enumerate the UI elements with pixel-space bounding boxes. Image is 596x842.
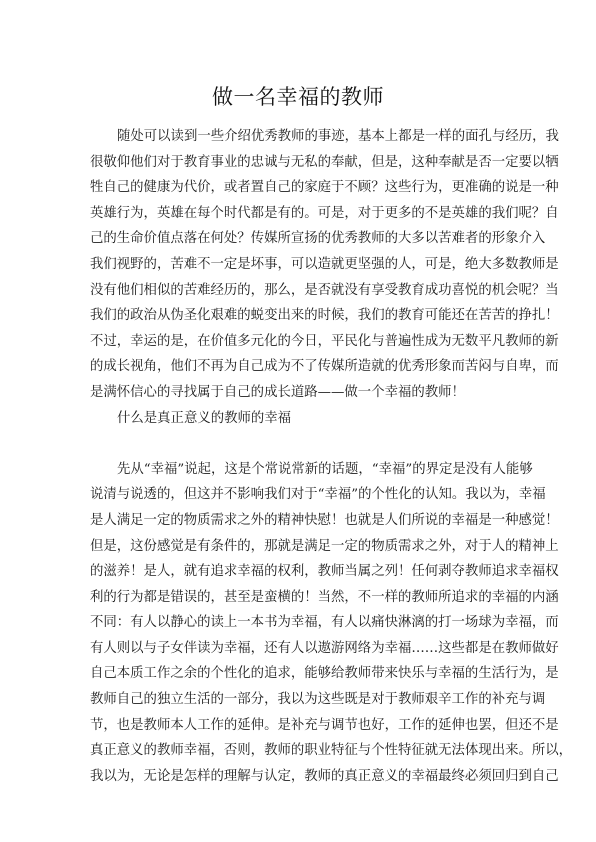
text-line: 随处可以读到一些介绍优秀教师的事迹，基本上都是一样的面孔与经历，我 (90, 124, 508, 150)
text-line: 己的生命价值点落在何处？传媒所宣扬的优秀教师的大多以苦难者的形象介入 (90, 226, 508, 252)
text-line: 我们视野的，苦难不一定是坏事，可以造就更坚强的人，可是，绝大多数教师是 (90, 252, 508, 278)
section-subheading: 什么是真正意义的教师的幸福 (90, 406, 508, 432)
text-line: 利的行为都是错误的，甚至是蛮横的！当然，不一样的教师所追求的幸福的内涵 (90, 585, 508, 611)
blank-line (90, 431, 508, 457)
text-line: 先从“幸福”说起，这是个常说常新的话题，“幸福”的界定是没有人能够 (90, 457, 508, 483)
text-line: 是满怀信心的寻找属于自己的成长道路——做一个幸福的教师！ (90, 380, 508, 406)
text-line: 我们的政治从伪圣化艰难的蜕变出来的时候，我们的教育可能还在苦苦的挣扎！ (90, 303, 508, 329)
text-line: 牲自己的健康为代价，或者置自己的家庭于不顾？这些行为，更准确的说是一种 (90, 175, 508, 201)
text-line: 教师自己的独立生活的一部分，我以为这些既是对于教师艰辛工作的补充与调 (90, 687, 508, 713)
text-line: 有人则以与子女伴读为幸福，还有人以遨游网络为幸福……这些都是在教师做好 (90, 636, 508, 662)
text-line: 英雄行为，英雄在每个时代都是有的。可是，对于更多的不是英雄的我们呢？自 (90, 201, 508, 227)
text-line: 自己本质工作之余的个性化的追求，能够给教师带来快乐与幸福的生活行为，是 (90, 661, 508, 687)
text-line: 说清与说透的，但这并不影响我们对于“幸福”的个性化的认知。我以为，幸福 (90, 482, 508, 508)
text-line: 我以为，无论是怎样的理解与认定，教师的真正意义的幸福最终必须回归到自己 (90, 764, 508, 790)
text-line: 节，也是教师本人工作的延伸。是补充与调节也好，工作的延伸也罢，但还不是 (90, 713, 508, 739)
text-line: 不同：有人以静心的读上一本书为幸福，有人以痛快淋漓的打一场球为幸福，而 (90, 610, 508, 636)
text-line: 但是，这份感觉是有条件的，那就是满足一定的物质需求之外，对于人的精神上 (90, 534, 508, 560)
document-title: 做一名幸福的教师 (0, 82, 596, 112)
text-line: 真正意义的教师幸福，否则，教师的职业特征与个性特征就无法体现出来。所以， (90, 738, 508, 764)
paragraph-intro: 随处可以读到一些介绍优秀教师的事迹，基本上都是一样的面孔与经历，我 很敬仰他们对… (90, 124, 508, 406)
document-body: 随处可以读到一些介绍优秀教师的事迹，基本上都是一样的面孔与经历，我 很敬仰他们对… (90, 124, 508, 789)
document-page: 做一名幸福的教师 随处可以读到一些介绍优秀教师的事迹，基本上都是一样的面孔与经历… (0, 0, 596, 842)
text-line: 的滋养！是人，就有追求幸福的权利，教师当属之列！任何剥夺教师追求幸福权 (90, 559, 508, 585)
text-line: 的成长视角，他们不再为自己成为不了传媒所造就的优秀形象而苦闷与自卑，而 (90, 354, 508, 380)
text-line: 很敬仰他们对于教育事业的忠诚与无私的奉献，但是，这种奉献是否一定要以牺 (90, 150, 508, 176)
paragraph-happiness: 先从“幸福”说起，这是个常说常新的话题，“幸福”的界定是没有人能够 说清与说透的… (90, 457, 508, 790)
text-line: 是人满足一定的物质需求之外的精神快慰！也就是人们所说的幸福是一种感觉！ (90, 508, 508, 534)
text-line: 不过，幸运的是，在价值多元化的今日，平民化与普遍性成为无数平凡教师的新 (90, 329, 508, 355)
text-line: 没有他们相似的苦难经历的，那么，是否就没有享受教育成功喜悦的机会呢？当 (90, 278, 508, 304)
